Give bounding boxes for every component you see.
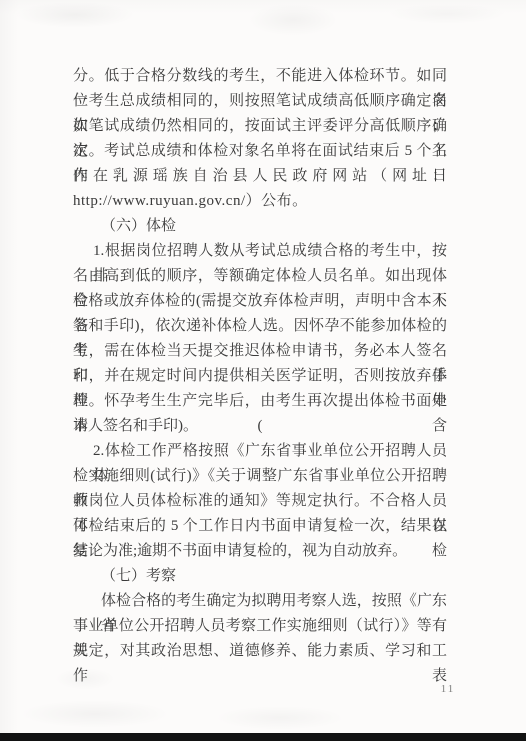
text-line: 体检合格的考生确定为拟聘用考察人选，按照《广东省: [73, 589, 447, 614]
scan-smudge: [248, 4, 338, 36]
text-line: 位考生总成绩相同的，则按照笔试成绩高低顺序确定名次；: [73, 89, 447, 114]
text-line: 次。考试总成绩和体检对象名单将在面试结束后 5 个工作日: [73, 139, 447, 164]
page-number: 11: [436, 683, 460, 695]
text-line: 如笔试成绩仍然相同的，按面试主评委评分高低顺序确定名: [73, 114, 447, 139]
scan-edge-bar: [0, 733, 526, 741]
text-line: 规定，对其政治思想、道德修养、能力素质、学习和工作表: [73, 639, 447, 664]
text-line: 生，需在体检当天提交推迟体检申请书，务必本人签名和手: [73, 339, 447, 364]
scan-smudge: [215, 706, 345, 730]
document-text-block: 分。低于合格分数线的考生，不能进入体检环节。如同一岗 位考生总成绩相同的，则按照…: [73, 64, 447, 664]
text-line: 合格或放弃体检的(需提交放弃体检声明，声明中含本人签: [73, 289, 447, 314]
text-line: 内在乳源瑶族自治县人民政府网站（网址：: [73, 164, 447, 189]
section-heading-inspection: （七）考察: [73, 564, 447, 589]
scan-smudge: [15, 2, 135, 28]
text-line: 体检结束后的 5 个工作日内书面申请复检一次，结果以复检: [73, 514, 447, 539]
text-line: 师岗位人员体检标准的通知》等规定执行。不合格人员可在: [73, 489, 447, 514]
text-line: 1.根据岗位招聘人数从考试总成绩合格的考生中，按排: [73, 239, 447, 264]
text-line: 检实施细则(试行)》《关于调整广东省事业单位公开招聘教: [73, 464, 447, 489]
text-line: 分。低于合格分数线的考生，不能进入体检环节。如同一岗: [73, 64, 447, 89]
text-line: 印，并在规定时间内提供相关医学证明，否则按放弃体检处: [73, 364, 447, 389]
text-line: 2.体检工作严格按照《广东省事业单位公开招聘人员体: [73, 439, 447, 464]
section-heading-physical-exam: （六）体检: [73, 214, 447, 239]
text-line: 名和手印)，依次递补体检人选。因怀孕不能参加体检的考: [73, 314, 447, 339]
text-line: 名由高到低的顺序，等额确定体检人员名单。如出现体检不: [73, 264, 447, 289]
text-line: 理。怀孕考生生产完毕后，由考生再次提出体检书面申请(含: [73, 389, 447, 414]
scanned-document-page: 分。低于合格分数线的考生，不能进入体检环节。如同一岗 位考生总成绩相同的，则按照…: [0, 0, 526, 741]
text-line: 结论为准;逾期不书面申请复检的，视为自动放弃。: [73, 539, 447, 564]
scan-smudge: [388, 4, 506, 24]
text-line: 事业单位公开招聘人员考察工作实施细则（试行）》等有关: [73, 614, 447, 639]
website-url-text: http://www.ruyuan.gov.cn/）公布。: [73, 189, 447, 214]
scan-smudge: [20, 700, 170, 728]
